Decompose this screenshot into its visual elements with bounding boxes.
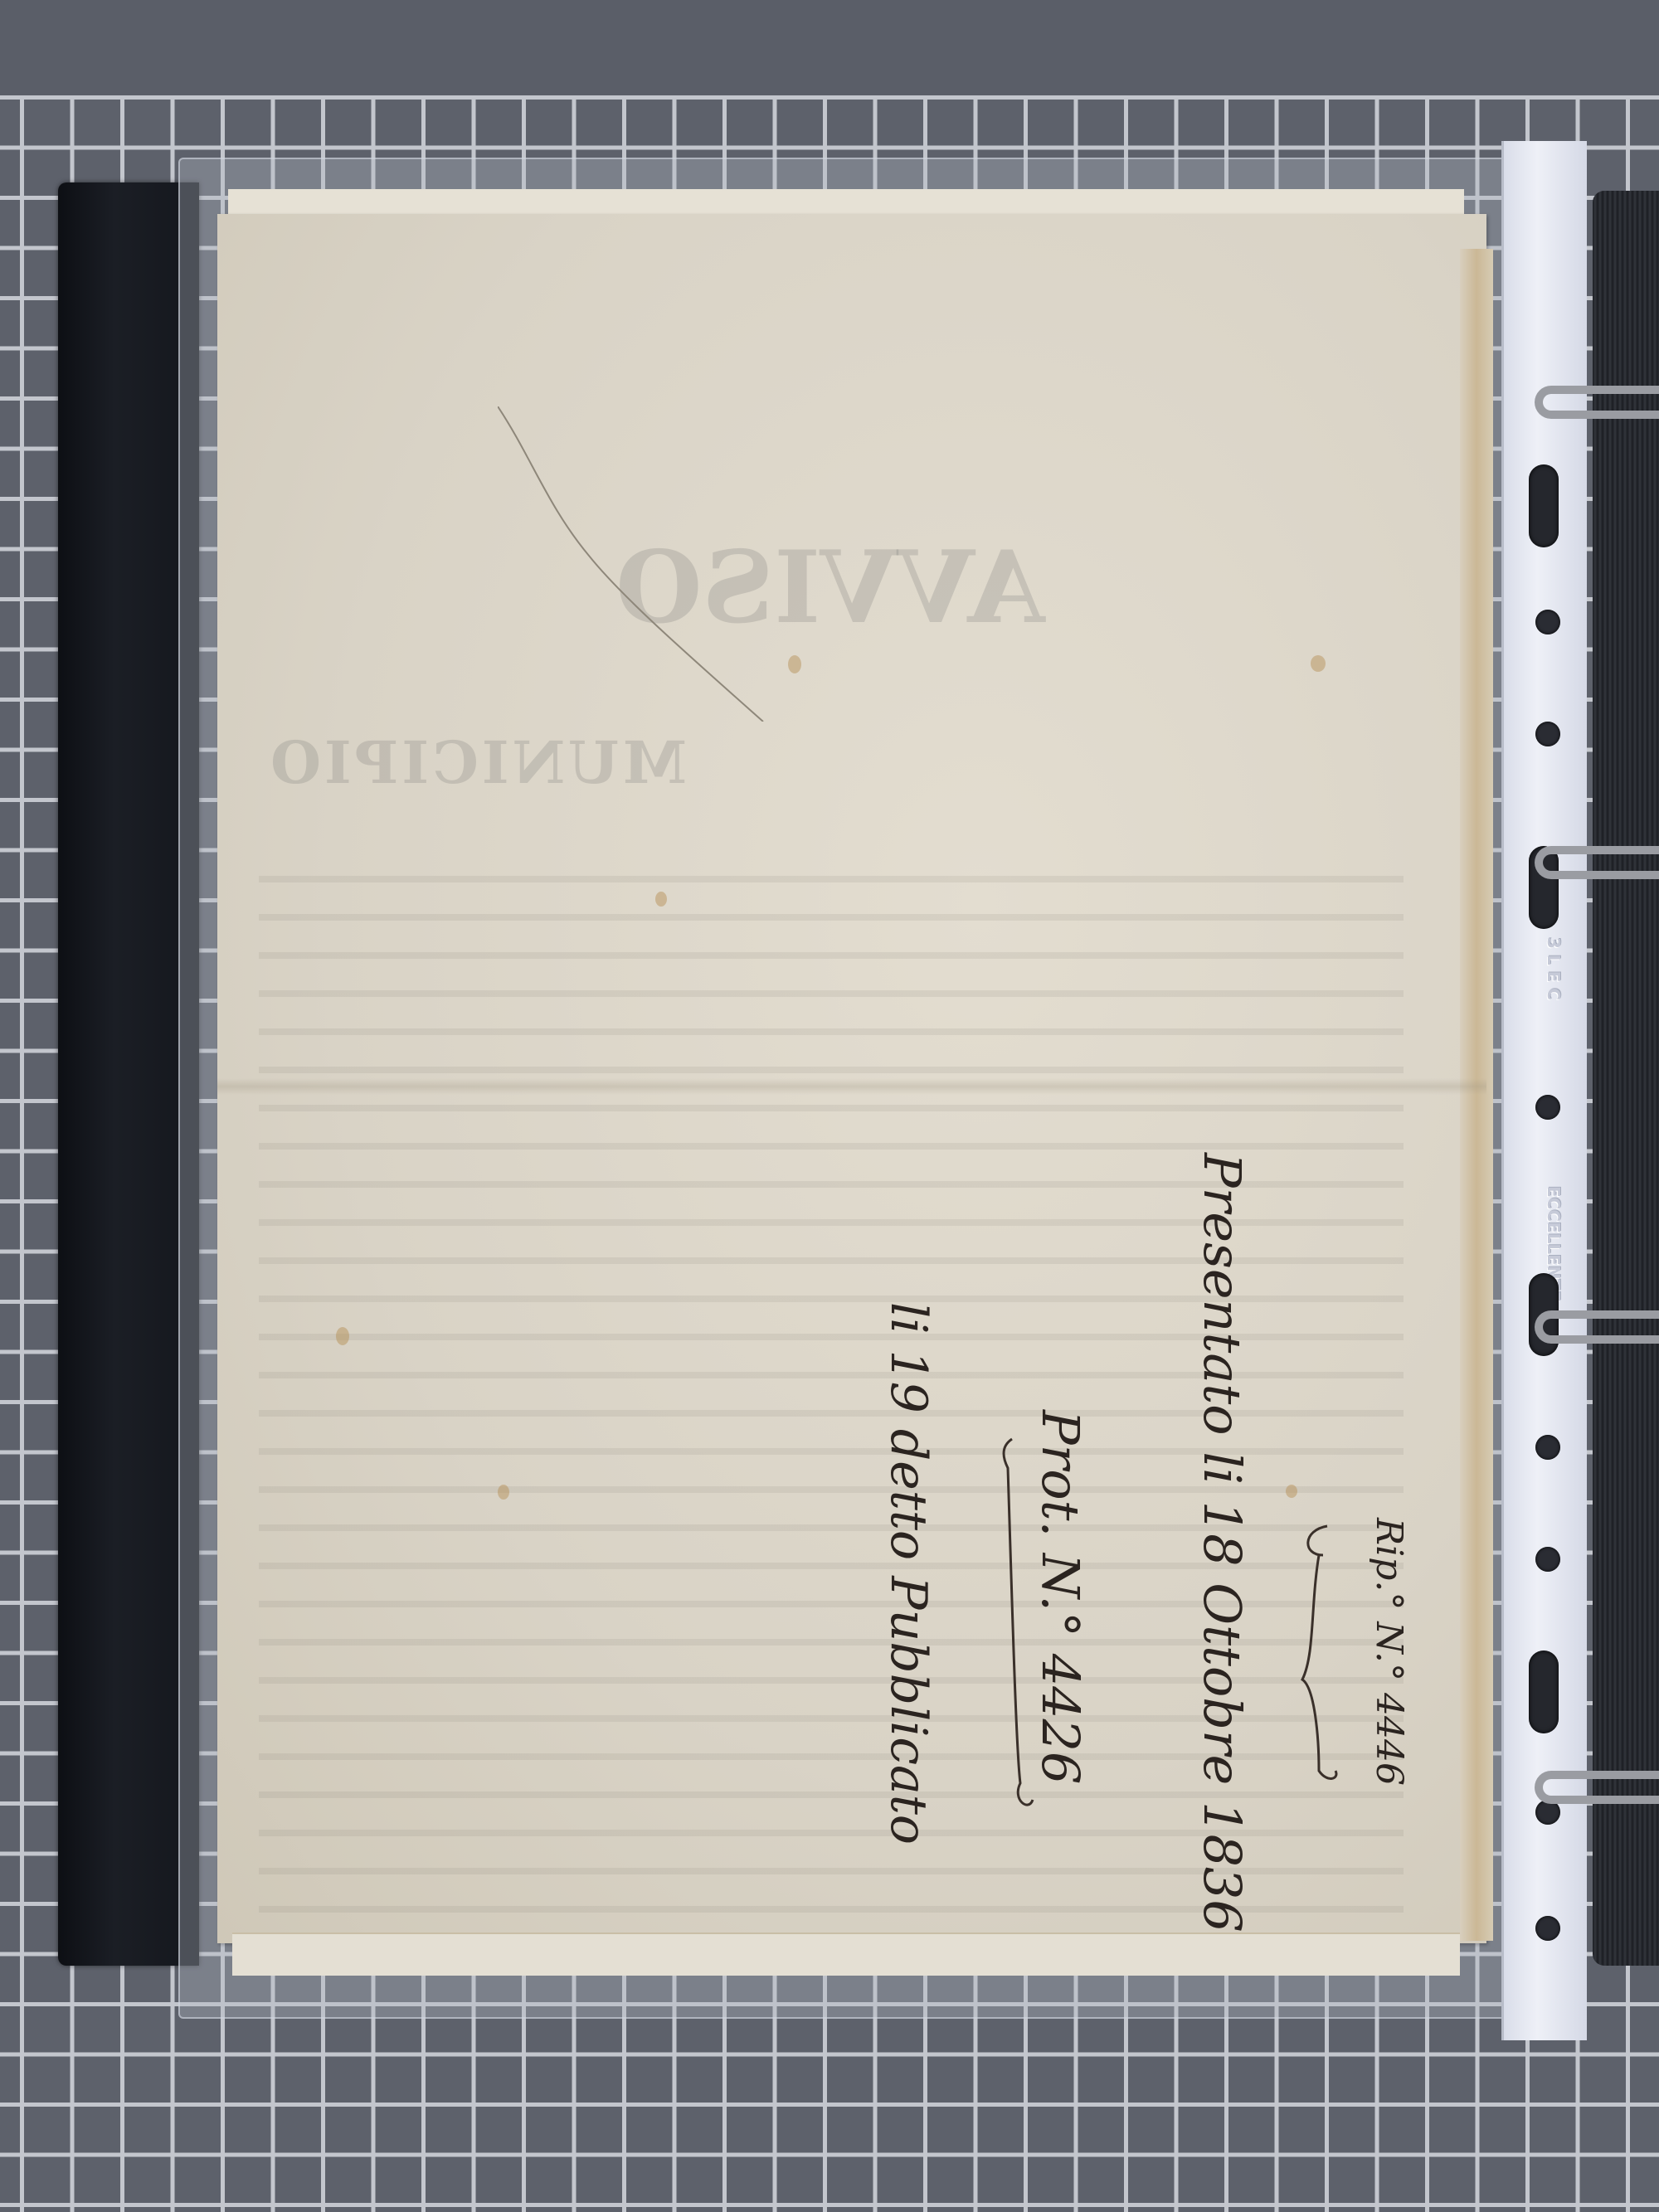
paper-bottom-layers	[232, 1932, 1460, 1976]
binder-ring	[1535, 846, 1659, 879]
binder-ring	[1535, 1310, 1659, 1344]
handwritten-flourish	[995, 1435, 1045, 1816]
foxing-stain	[1311, 655, 1326, 672]
punch-hole	[1535, 722, 1560, 746]
paper-crack	[498, 406, 846, 722]
paper-right-edge	[1460, 249, 1493, 1941]
punch-hole	[1535, 610, 1560, 634]
binder-ring	[1535, 1771, 1659, 1804]
punch-hole	[1535, 1916, 1560, 1941]
punch-hole	[1535, 1095, 1560, 1120]
paper-fold	[217, 1078, 1486, 1095]
punch-slot	[1529, 464, 1559, 547]
punch-slot	[1529, 1650, 1559, 1733]
binder-page-stack	[1593, 191, 1659, 1966]
handwritten-brace	[1294, 1522, 1352, 1787]
handwritten-pubblicato: li 19 detto Pubblicato	[879, 1302, 937, 1845]
sleeve-punched-strip: 3 L E C ECCELLENTE	[1501, 141, 1587, 2040]
foxing-stain	[336, 1327, 349, 1345]
foxing-stain	[655, 892, 667, 907]
binder-ring	[1535, 386, 1659, 419]
showthrough-subheading: MUNICIPIO	[267, 728, 687, 797]
embossed-brand-text: 3 L E C	[1534, 937, 1564, 1000]
foxing-stain	[498, 1485, 509, 1500]
punch-hole	[1535, 1547, 1560, 1572]
foxing-stain	[788, 655, 801, 673]
mat-top-band	[0, 0, 1659, 95]
handwritten-margin-note: Rip.° N.° 4446	[1368, 1518, 1410, 1786]
foxing-stain	[1286, 1485, 1297, 1498]
punch-hole	[1535, 1435, 1560, 1460]
handwritten-presentato: Presentato li 18 Ottobre 1836	[1192, 1153, 1253, 1932]
